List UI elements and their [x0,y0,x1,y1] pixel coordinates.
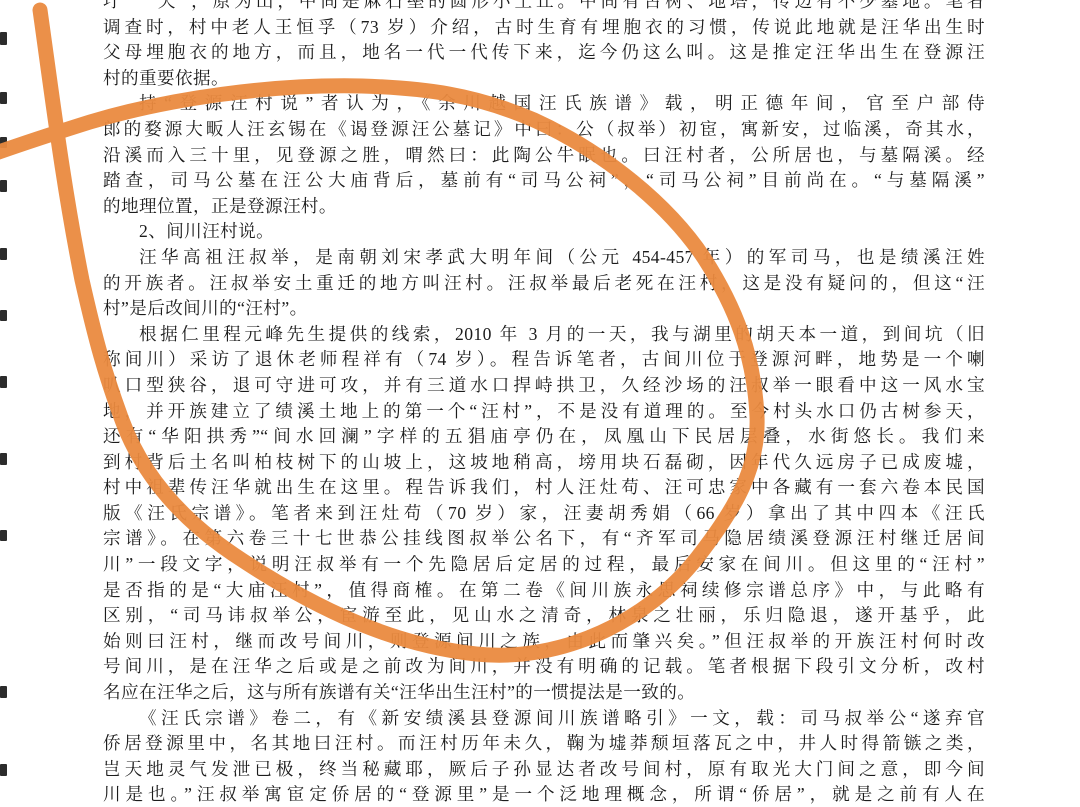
scan-artifact [0,92,7,104]
text-line: 持“登源汪村说”者认为，《余川越国汪氏族谱》载，明正德年间，官至户部侍 [103,91,985,117]
text-line: 地，并开族建立了绩溪土地上的第一个“汪村”，不是没有道理的。至今村头水口仍古树参… [103,399,985,425]
scan-artifact [0,764,7,776]
scan-artifact [0,32,7,45]
text-line section-heading: 2、间川汪村说。 [103,219,985,245]
text-line: 村的重要依据。 [103,66,985,92]
text-line: 调查时，村中老人王恒孚（73 岁）介绍，古时生育有埋胞衣的习惯，传说此地就是汪华… [103,15,985,41]
scan-artifact [0,248,7,260]
scan-artifact [0,530,7,541]
text-line: 版《汪氏宗谱》。笔者来到汪灶苟（70 岁）家，汪妻胡秀娟（66 岁）拿出了其中四… [103,501,985,527]
scan-artifact [0,453,7,465]
text-line: 号间川，是在汪华之后或是之前改为间川，并没有明确的记载。笔者根据下段引文分析，改… [103,654,985,680]
text-line: 是否指的是“大庙汪村”，值得商榷。在第二卷《间川族永思祠续修宗谱总序》中，与此略… [103,578,985,604]
text-line: 的开族者。汪叔举安土重迁的地方叫汪村。汪叔举最后老死在汪村，这是没有疑问的，但这… [103,271,985,297]
text-line: 郎的婺源大畈人汪玄锡在《谒登源汪公墓记》中曰：公（叔举）初宦，寓新安，过临溪，奇… [103,117,985,143]
text-line: 父母埋胞衣的地方，而且，地名一代一代传下来，迄今仍这么叫。这是推定汪华出生在登源… [103,40,985,66]
scan-artifact [0,376,7,388]
scan-artifact [0,686,7,698]
scan-artifact [0,137,7,148]
text-line: 区别，“司马讳叔举公，宦游至此，见山水之清奇，林泉之壮丽，乐归隐退，遂开基乎，此 [103,603,985,629]
document-text-block: 圩一“天”，原为山，中间是麻石垒的圆形小土丘。中间有古树、地塔，传边有不少墓地。… [103,0,985,807]
text-line: 川是也。”汪叔举寓宦定侨居的“登源里”是一个泛地理概念，所谓“侨居”，就是之前有… [103,782,985,807]
text-line: 村中祖辈传汪华就出生在这里。程告诉我们，村人汪灶苟、汪可忠家中各藏有一套六卷本民… [103,475,985,501]
text-line: 川”一段文字，说明汪叔举有一个先隐居后定居的过程，最后安家在间川。但这里的“汪村… [103,552,985,578]
text-line: 沿溪而入三十里，见登源之胜，喟然曰：此陶公牛眠也。曰汪村者，公所居也，与墓隔溪。… [103,143,985,169]
text-line: 圩一“天”，原为山，中间是麻石垒的圆形小土丘。中间有古树、地塔，传边有不少墓地。… [103,0,985,15]
text-line: 到村背后土名叫柏枝树下的山坡上，这坡地稍高，塝用块石磊砌，因年代久远房子已成废墟… [103,450,985,476]
text-line: 叭口型狭谷，退可守进可攻，并有三道水口捍峙拱卫，久经沙场的汪叔举一眼看中这一风水… [103,373,985,399]
text-line: 踏查，司马公墓在汪公大庙背后，墓前有“司马公祠”，“司马公祠”目前尚在。“与墓隔… [103,168,985,194]
text-line: 的地理位置，正是登源汪村。 [103,194,985,220]
document-page: { "document": { "language": "zh-CN", "ty… [0,0,1080,807]
text-line: 侨居登源里中，名其地曰汪村。而汪村历年未久，鞠为墟莽颓垣落瓦之中，井人时得箭镞之… [103,731,985,757]
scan-artifact [0,180,7,192]
text-line: 还有“华阳拱秀”“间水回澜”字样的五猖庙亭仍在，凤凰山下民居层叠，水街悠长。我们… [103,424,985,450]
text-line: 名应在汪华之后，这与所有族谱有关“汪华出生汪村”的一惯提法是一致的。 [103,680,985,706]
text-line: 村”是后改间川的“汪村”。 [103,296,985,322]
text-line: 汪华高祖汪叔举，是南朝刘宋孝武大明年间（公元 454-457 年）的军司马，也是… [103,245,985,271]
text-line: 岂天地灵气发泄已极，终当秘藏耶，厥后子孙显达者改号间村，原有取光大门间之意，即今… [103,757,985,783]
text-line: 宗谱》。在第六卷三十七世恭公挂线图叔举公名下，有“齐军司马隐居绩溪登源汪村继迁居… [103,526,985,552]
text-line: 始则曰汪村，继而改号间川，则登源间川之族，由此而肇兴矣。”但汪叔举的开族汪村何时… [103,629,985,655]
text-line: 根据仁里程元峰先生提供的线索，2010 年 3 月的一天，我与湖里的胡天本一道，… [103,322,985,348]
scan-artifact [0,310,7,321]
text-line: 称间川）采访了退休老师程祥有（74 岁）。程告诉笔者，古间川位于登源河畔，地势是… [103,347,985,373]
text-line: 《汪氏宗谱》卷二，有《新安绩溪县登源间川族谱略引》一文，载：司马叔举公“遂弃官 [103,706,985,732]
